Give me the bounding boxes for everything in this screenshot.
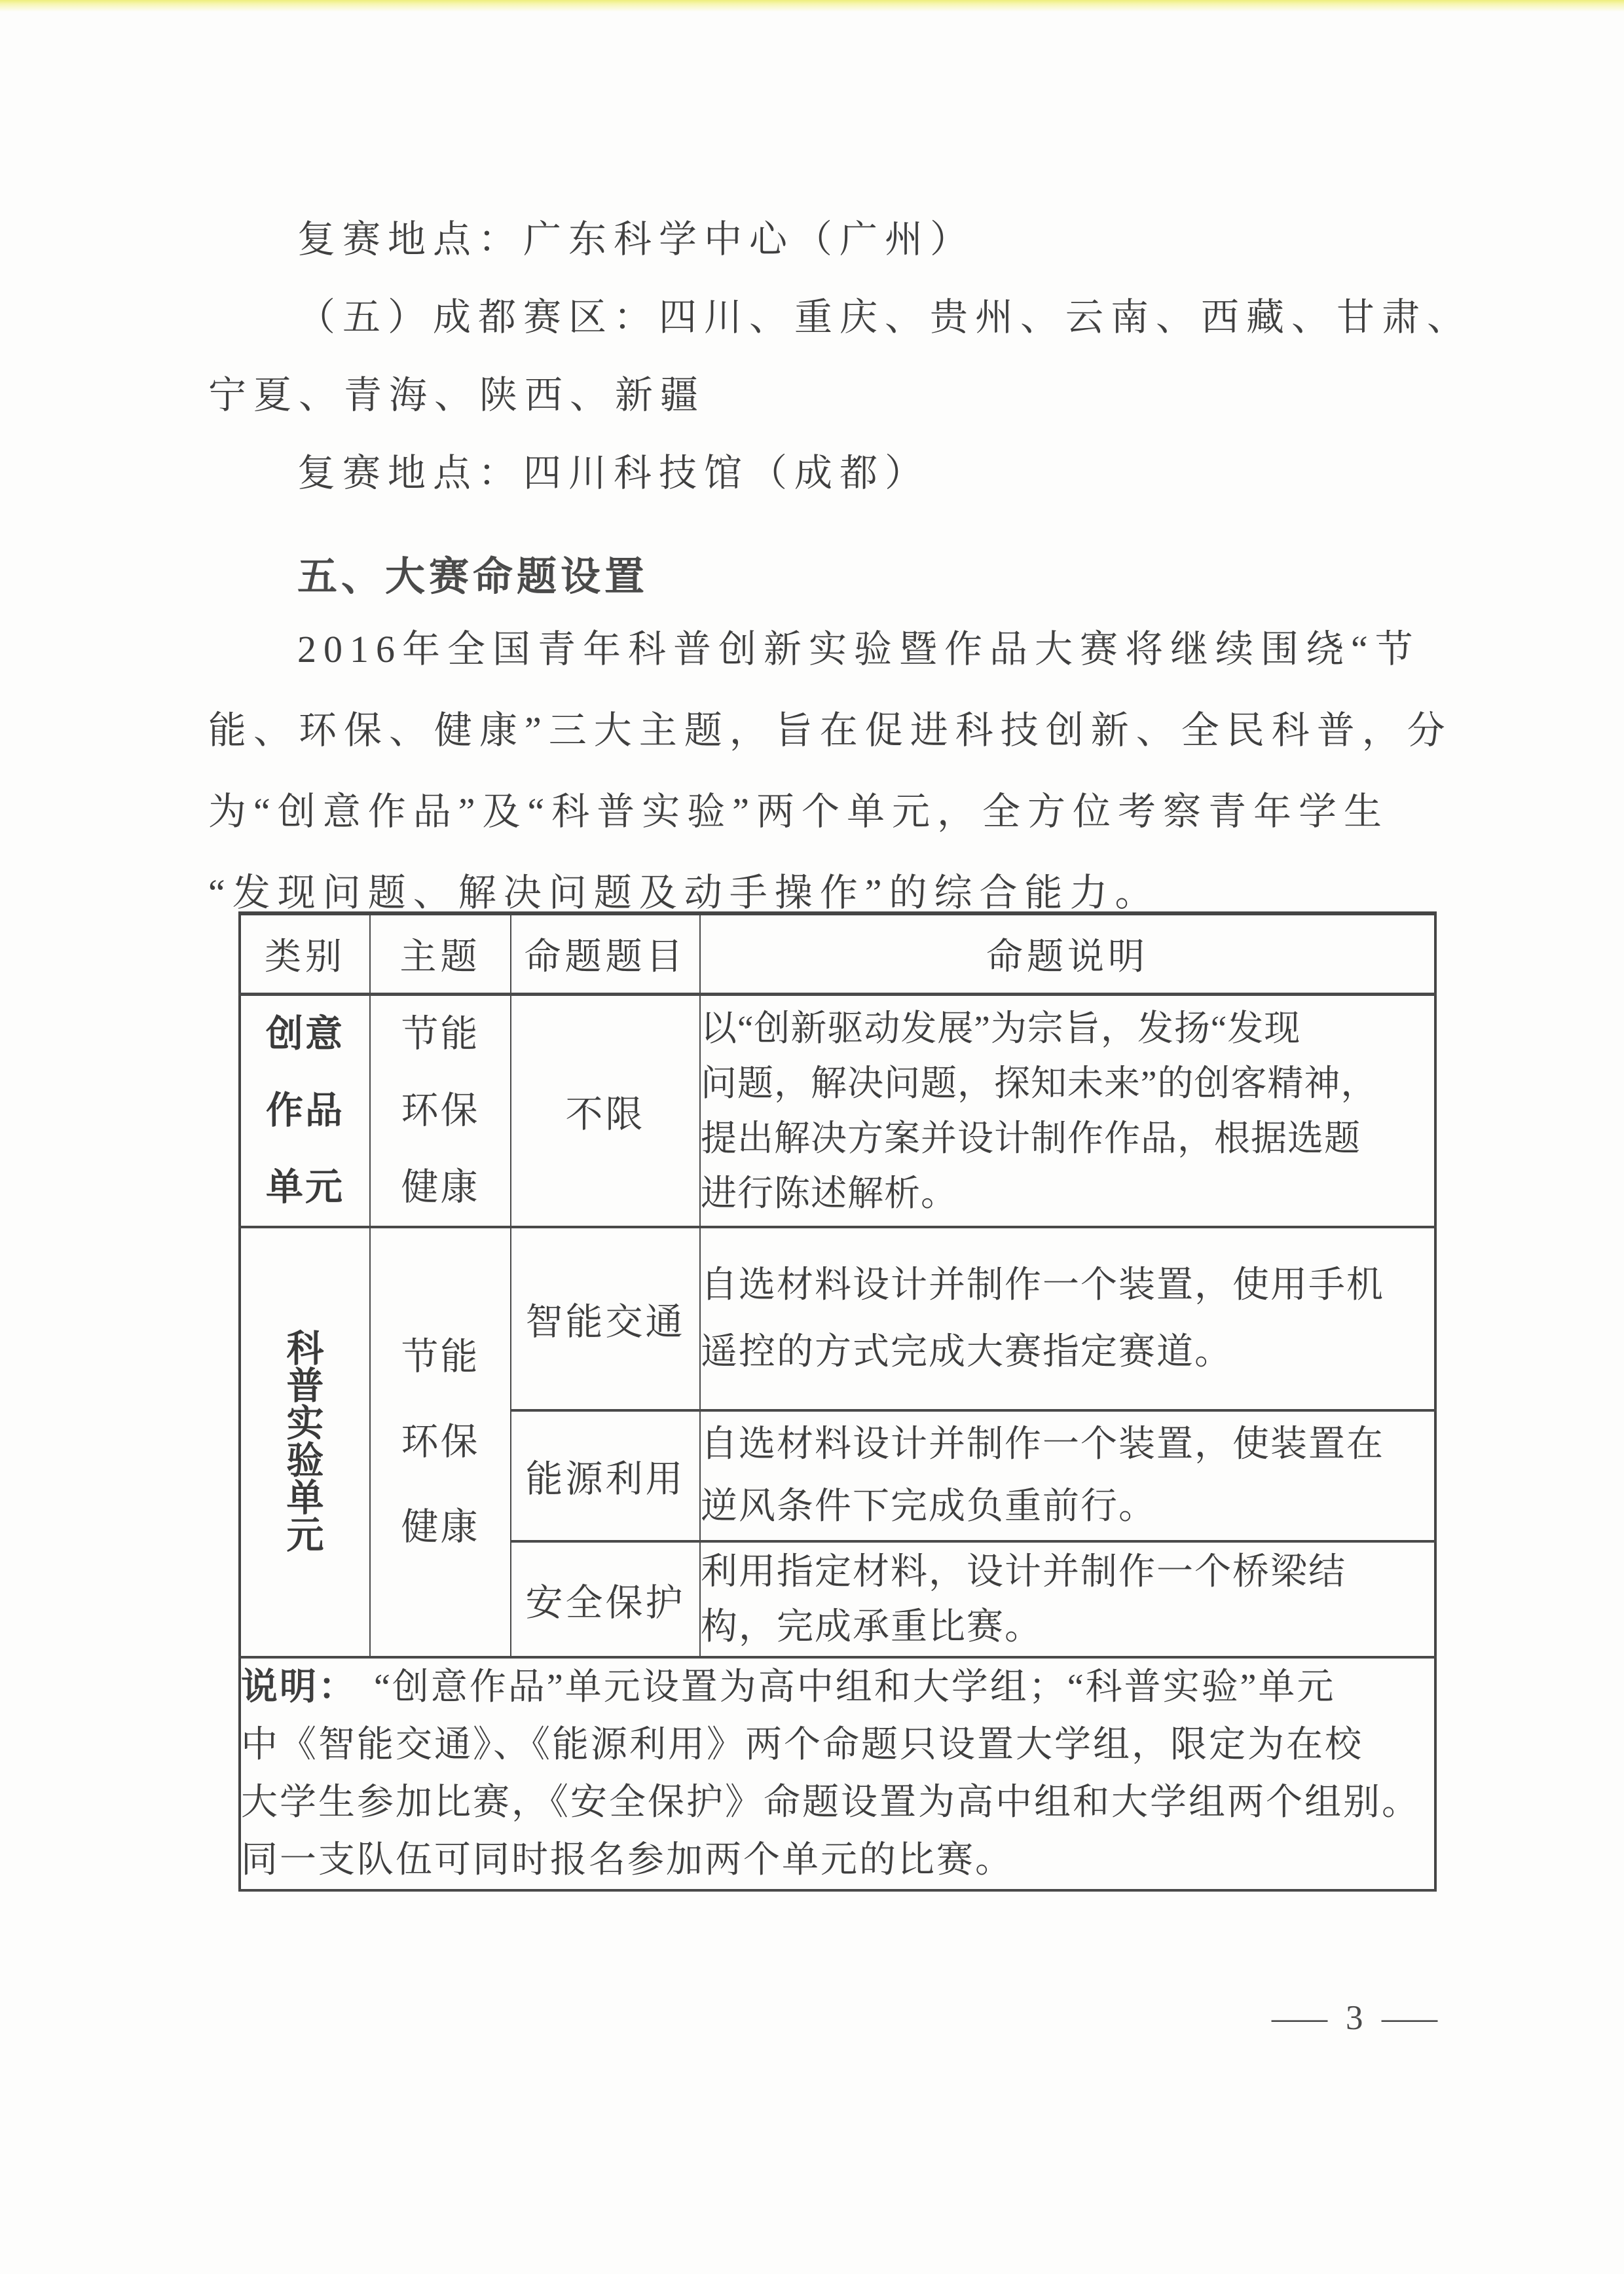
header-theme: 主题 [370, 913, 511, 995]
section-heading: 五、大赛命题设置 [297, 545, 648, 602]
description-line: 逆风条件下完成负重前行。 [701, 1476, 1434, 1538]
category-char: 验 [287, 1442, 324, 1480]
table-row-smart-traffic: 科 普 实 验 单 元 节能 环保 健康 智能交通 自选材料设计并制作一个装置，… [240, 1227, 1435, 1410]
document-page: 复赛地点：广东科学中心（广州） （五）成都赛区：四川、重庆、贵州、云南、西藏、甘… [0, 0, 1624, 2274]
category-char: 元 [287, 1517, 324, 1554]
theme-line: 环保 [371, 1073, 510, 1149]
description-cell: 以“创新驱动发展”为宗旨，发扬“发现 问题，解决问题，探知未来”的创客精神， 提… [700, 995, 1435, 1228]
theme-line: 健康 [371, 1485, 510, 1570]
theme-line: 节能 [371, 996, 510, 1073]
category-line: 作品 [241, 1073, 369, 1149]
category-char: 普 [287, 1368, 324, 1405]
header-topic: 命题题目 [511, 913, 700, 995]
description-line: 问题，解决问题，探知未来”的创客精神， [701, 1056, 1434, 1111]
table-row-creative-works: 创意 作品 单元 节能 环保 健康 不限 以“创新驱动发展”为宗旨，发扬“发现 … [240, 995, 1435, 1228]
intro-line: 宁夏、青海、陕西、新疆 [208, 356, 1439, 434]
theme-line: 健康 [371, 1149, 510, 1226]
description-line: 进行陈述解析。 [701, 1166, 1434, 1221]
category-line: 单元 [241, 1149, 369, 1226]
intro-paragraph: 2016年全国青年科普创新实验暨作品大赛将继续围绕“节 能、环保、健康”三大主题… [208, 609, 1443, 934]
description-cell: 利用指定材料，设计并制作一个桥梁结 构，完成承重比赛。 [700, 1541, 1435, 1657]
vertical-category: 科 普 实 验 单 元 [241, 1316, 369, 1569]
description-line: 以“创新驱动发展”为宗旨，发扬“发现 [701, 1001, 1434, 1056]
description-line: 自选材料设计并制作一个装置，使用手机 [701, 1252, 1434, 1319]
category-char: 科 [287, 1330, 324, 1368]
table-note-row: 说明：“创意作品”单元设置为高中组和大学组；“科普实验”单元 中《智能交通》、《… [240, 1657, 1435, 1890]
topic-cell: 不限 [511, 995, 700, 1228]
footer-dash-left: — [1272, 1998, 1327, 2038]
table-header-row: 类别 主题 命题题目 命题说明 [240, 913, 1435, 995]
category-cell: 科 普 实 验 单 元 [240, 1227, 370, 1657]
paragraph-line: 为“创意作品”及“科普实验”两个单元，全方位考察青年学生 [208, 771, 1443, 853]
paragraph-line: 2016年全国青年科普创新实验暨作品大赛将继续围绕“节 [208, 609, 1443, 690]
note-line: 大学生参加比赛，《安全保护》命题设置为高中组和大学组两个组别。 [241, 1774, 1434, 1831]
note-cell: 说明：“创意作品”单元设置为高中组和大学组；“科普实验”单元 中《智能交通》、《… [240, 1657, 1435, 1890]
intro-line: （五）成都赛区：四川、重庆、贵州、云南、西藏、甘肃、 [208, 278, 1439, 356]
scan-yellow-edge [0, 0, 1624, 12]
category-cell: 创意 作品 单元 [240, 995, 370, 1228]
topic-cell: 安全保护 [511, 1541, 700, 1657]
description-line: 遥控的方式完成大赛指定赛道。 [701, 1319, 1434, 1385]
topic-cell: 智能交通 [511, 1227, 700, 1410]
topics-table: 类别 主题 命题题目 命题说明 创意 作品 单元 节能 环保 健康 不限 以“创… [238, 911, 1437, 1892]
theme-cell: 节能 环保 健康 [370, 995, 511, 1228]
note-line: 中《智能交通》、《能源利用》两个命题只设置大学组，限定为在校 [241, 1716, 1434, 1774]
description-line: 提出解决方案并设计制作作品，根据选题 [701, 1111, 1434, 1166]
intro-line: 复赛地点：广东科学中心（广州） [208, 200, 1439, 278]
page-number: —3— [1282, 1998, 1427, 2038]
description-line: 自选材料设计并制作一个装置，使装置在 [701, 1414, 1434, 1476]
intro-block: 复赛地点：广东科学中心（广州） （五）成都赛区：四川、重庆、贵州、云南、西藏、甘… [208, 200, 1439, 512]
category-char: 实 [287, 1405, 324, 1442]
note-label: 说明： [241, 1667, 357, 1708]
footer-number: 3 [1346, 1999, 1363, 2037]
topic-cell: 能源利用 [511, 1410, 700, 1541]
description-line: 构，完成承重比赛。 [701, 1600, 1434, 1655]
category-char: 单 [287, 1480, 324, 1517]
footer-dash-right: — [1382, 1998, 1437, 2038]
theme-line: 节能 [371, 1315, 510, 1400]
theme-cell: 节能 环保 健康 [370, 1227, 511, 1657]
note-line: 同一支队伍可同时报名参加两个单元的比赛。 [241, 1831, 1434, 1889]
description-cell: 自选材料设计并制作一个装置，使装置在 逆风条件下完成负重前行。 [700, 1410, 1435, 1541]
category-line: 创意 [241, 996, 369, 1073]
note-text: “创意作品”单元设置为高中组和大学组；“科普实验”单元 [374, 1667, 1335, 1708]
intro-line: 复赛地点：四川科技馆（成都） [208, 434, 1439, 512]
description-cell: 自选材料设计并制作一个装置，使用手机 遥控的方式完成大赛指定赛道。 [700, 1227, 1435, 1410]
theme-line: 环保 [371, 1400, 510, 1485]
paragraph-line: 能、环保、健康”三大主题，旨在促进科技创新、全民科普，分 [208, 690, 1443, 771]
header-description: 命题说明 [700, 913, 1435, 995]
description-line: 利用指定材料，设计并制作一个桥梁结 [701, 1545, 1434, 1600]
note-line: 说明：“创意作品”单元设置为高中组和大学组；“科普实验”单元 [241, 1659, 1434, 1716]
header-category: 类别 [240, 913, 370, 995]
